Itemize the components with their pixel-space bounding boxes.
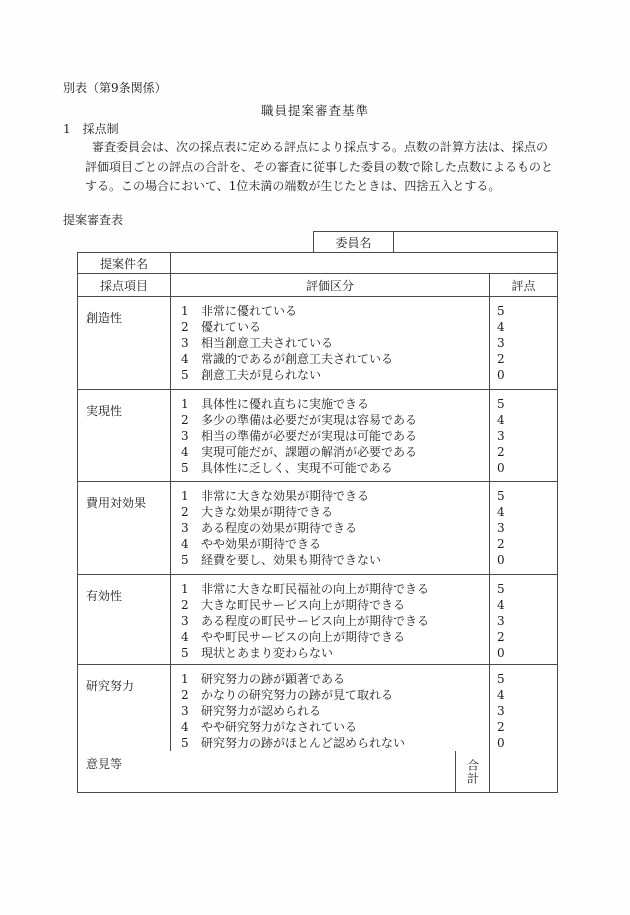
table-label: 提案審査表 bbox=[63, 211, 123, 228]
criteria-line: 1非常に大きな町民福祉の向上が期待できる bbox=[171, 581, 489, 597]
criteria-line: 3相当の準備が必要だが実現は可能である bbox=[171, 428, 489, 444]
score-list: 54320 bbox=[490, 390, 557, 481]
criteria-number: 5 bbox=[181, 552, 201, 568]
criteria-text: かなりの研究努力の跡が見て取れる bbox=[201, 688, 393, 702]
criteria-line: 5経費を要し、効果も期待できない bbox=[171, 552, 489, 568]
criteria-text: 具体性に乏しく、実現不可能である bbox=[201, 461, 393, 475]
total-label-text: 合計 bbox=[467, 759, 479, 785]
criteria-number: 5 bbox=[181, 735, 201, 751]
score-value: 0 bbox=[497, 460, 557, 476]
criteria-row-5: 研究努力1研究努力の跡が顕著である2かなりの研究努力の跡が見て取れる3研究努力が… bbox=[78, 665, 557, 751]
criteria-line: 2多少の準備は必要だが実現は容易である bbox=[171, 412, 489, 428]
criteria-line: 2かなりの研究努力の跡が見て取れる bbox=[171, 687, 489, 703]
criteria-line: 4やや効果が期待できる bbox=[171, 536, 489, 552]
criteria-number: 1 bbox=[181, 581, 201, 597]
criteria-text: 非常に優れている bbox=[201, 304, 297, 318]
criteria-number: 1 bbox=[181, 303, 201, 319]
criteria-number: 4 bbox=[181, 629, 201, 645]
criteria-text: 相当の準備が必要だが実現は可能である bbox=[201, 429, 417, 443]
criteria-row-4: 有効性1非常に大きな町民福祉の向上が期待できる2大きな町民サービス向上が期待でき… bbox=[78, 575, 557, 665]
criteria-line: 4実現可能だが、課題の解消が必要である bbox=[171, 444, 489, 460]
score-value: 5 bbox=[497, 581, 557, 597]
criteria-text: 相当創意工夫されている bbox=[201, 336, 333, 350]
criteria-number: 3 bbox=[181, 520, 201, 536]
score-value: 0 bbox=[497, 735, 557, 751]
criteria-number: 1 bbox=[181, 488, 201, 504]
proposal-title-row: 提案件名 bbox=[78, 253, 557, 274]
criteria-line: 1非常に大きな効果が期待できる bbox=[171, 488, 489, 504]
criteria-text: 現状とあまり変わらない bbox=[201, 646, 333, 660]
score-value: 4 bbox=[497, 319, 557, 335]
criteria-number: 4 bbox=[181, 719, 201, 735]
criteria-number: 2 bbox=[181, 319, 201, 335]
criteria-line: 3ある程度の町民サービス向上が期待できる bbox=[171, 613, 489, 629]
document-page: 別表（第9条関係） 職員提案審査基準 1 採点制 審査委員会は、次の採点表に定め… bbox=[0, 0, 630, 915]
criteria-text: 非常に大きな町民福祉の向上が期待できる bbox=[201, 582, 429, 596]
criteria-text: 多少の準備は必要だが実現は容易である bbox=[201, 413, 417, 427]
section-heading: 1 採点制 bbox=[63, 120, 119, 137]
criteria-number: 3 bbox=[181, 613, 201, 629]
committee-name-field[interactable] bbox=[394, 232, 557, 252]
criteria-row-2: 実現性1具体性に優れ直ちに実施できる2多少の準備は必要だが実現は容易である3相当… bbox=[78, 390, 557, 482]
committee-name-box: 委員名 bbox=[313, 231, 558, 252]
criteria-text: 研究努力の跡が顕著である bbox=[201, 672, 345, 686]
criteria-list: 1研究努力の跡が顕著である2かなりの研究努力の跡が見て取れる3研究努力が認められ… bbox=[171, 665, 490, 751]
score-value: 2 bbox=[497, 351, 557, 367]
criteria-line: 4やや研究努力がなされている bbox=[171, 719, 489, 735]
criteria-text: 大きな効果が期待できる bbox=[201, 505, 333, 519]
score-list: 54320 bbox=[490, 482, 557, 574]
paragraph-line: 審査委員会は、次の採点表に定める評点により採点する。点数の計算方法は、採点の bbox=[85, 138, 575, 158]
document-title: 職員提案審査基準 bbox=[0, 101, 630, 119]
score-value: 4 bbox=[497, 597, 557, 613]
criteria-line: 2優れている bbox=[171, 319, 489, 335]
score-value: 2 bbox=[497, 536, 557, 552]
criteria-text: 非常に大きな効果が期待できる bbox=[201, 489, 369, 503]
criteria-number: 3 bbox=[181, 335, 201, 351]
criteria-text: 実現可能だが、課題の解消が必要である bbox=[201, 445, 417, 459]
criteria-text: やや町民サービスの向上が期待できる bbox=[201, 630, 405, 644]
table-header-row: 採点項目 評価区分 評点 bbox=[78, 274, 557, 297]
criteria-number: 1 bbox=[181, 396, 201, 412]
criteria-row-3: 費用対効果1非常に大きな効果が期待できる2大きな効果が期待できる3ある程度の効果… bbox=[78, 482, 557, 575]
score-value: 3 bbox=[497, 428, 557, 444]
criteria-number: 5 bbox=[181, 367, 201, 383]
criteria-line: 2大きな効果が期待できる bbox=[171, 504, 489, 520]
item-name: 有効性 bbox=[78, 575, 171, 664]
criteria-list: 1非常に大きな効果が期待できる2大きな効果が期待できる3ある程度の効果が期待でき… bbox=[171, 482, 490, 574]
item-name: 費用対効果 bbox=[78, 482, 171, 574]
score-value: 3 bbox=[497, 520, 557, 536]
criteria-number: 2 bbox=[181, 597, 201, 613]
criteria-text: 優れている bbox=[201, 320, 261, 334]
criteria-line: 3ある程度の効果が期待できる bbox=[171, 520, 489, 536]
criteria-text: ある程度の効果が期待できる bbox=[201, 521, 357, 535]
proposal-title-field[interactable] bbox=[171, 253, 557, 273]
criteria-row-1: 創造性1非常に優れている2優れている3相当創意工夫されている4常識的であるが創意… bbox=[78, 297, 557, 390]
total-value-field[interactable] bbox=[490, 751, 557, 792]
criteria-line: 4常識的であるが創意工夫されている bbox=[171, 351, 489, 367]
criteria-line: 4やや町民サービスの向上が期待できる bbox=[171, 629, 489, 645]
column-header-score: 評点 bbox=[490, 274, 557, 296]
item-name: 研究努力 bbox=[78, 665, 171, 751]
criteria-line: 2大きな町民サービス向上が期待できる bbox=[171, 597, 489, 613]
criteria-number: 5 bbox=[181, 645, 201, 661]
criteria-number: 2 bbox=[181, 412, 201, 428]
proposal-title-label: 提案件名 bbox=[78, 253, 171, 273]
score-value: 0 bbox=[497, 367, 557, 383]
criteria-text: 具体性に優れ直ちに実施できる bbox=[201, 397, 369, 411]
score-value: 2 bbox=[497, 444, 557, 460]
criteria-line: 3相当創意工夫されている bbox=[171, 335, 489, 351]
score-list: 54320 bbox=[490, 575, 557, 664]
criteria-number: 3 bbox=[181, 428, 201, 444]
score-value: 4 bbox=[497, 504, 557, 520]
criteria-list: 1具体性に優れ直ちに実施できる2多少の準備は必要だが実現は容易である3相当の準備… bbox=[171, 390, 490, 481]
score-value: 2 bbox=[497, 719, 557, 735]
criteria-text: 経費を要し、効果も期待できない bbox=[201, 553, 381, 567]
criteria-number: 3 bbox=[181, 703, 201, 719]
score-value: 5 bbox=[497, 488, 557, 504]
criteria-number: 4 bbox=[181, 351, 201, 367]
criteria-text: やや効果が期待できる bbox=[201, 537, 321, 551]
paragraph-line: する。この場合において、1位未満の端数が生じたときは、四捨五入とする。 bbox=[85, 177, 575, 197]
criteria-text: 研究努力の跡がほとんど認められない bbox=[201, 736, 405, 750]
paragraph-line: 評価項目ごとの評点の合計を、その審査に従事した委員の数で除した点数によるものと bbox=[85, 158, 575, 178]
criteria-number: 1 bbox=[181, 671, 201, 687]
criteria-number: 4 bbox=[181, 536, 201, 552]
criteria-text: 大きな町民サービス向上が期待できる bbox=[201, 598, 405, 612]
score-value: 2 bbox=[497, 629, 557, 645]
criteria-text: 創意工夫が見られない bbox=[201, 368, 321, 382]
column-header-item: 採点項目 bbox=[78, 274, 171, 296]
item-name: 実現性 bbox=[78, 390, 171, 481]
appendix-note: 別表（第9条関係） bbox=[63, 79, 167, 96]
criteria-list: 1非常に優れている2優れている3相当創意工夫されている4常識的であるが創意工夫さ… bbox=[171, 297, 490, 389]
committee-name-label: 委員名 bbox=[314, 232, 394, 252]
total-label: 合計 bbox=[456, 751, 490, 792]
item-name: 創造性 bbox=[78, 297, 171, 389]
criteria-number: 2 bbox=[181, 504, 201, 520]
score-value: 0 bbox=[497, 645, 557, 661]
score-value: 5 bbox=[497, 303, 557, 319]
column-header-category: 評価区分 bbox=[171, 274, 490, 296]
body-paragraph: 審査委員会は、次の採点表に定める評点により採点する。点数の計算方法は、採点の 評… bbox=[85, 138, 575, 197]
score-value: 5 bbox=[497, 396, 557, 412]
score-value: 5 bbox=[497, 671, 557, 687]
score-list: 54320 bbox=[490, 665, 557, 751]
score-list: 54320 bbox=[490, 297, 557, 389]
score-value: 0 bbox=[497, 552, 557, 568]
review-table: 提案件名 採点項目 評価区分 評点 創造性1非常に優れている2優れている3相当創… bbox=[77, 252, 558, 793]
criteria-line: 3研究努力が認められる bbox=[171, 703, 489, 719]
score-value: 3 bbox=[497, 613, 557, 629]
criteria-line: 5研究努力の跡がほとんど認められない bbox=[171, 735, 489, 751]
criteria-text: やや研究努力がなされている bbox=[201, 720, 357, 734]
criteria-line: 1研究努力の跡が顕著である bbox=[171, 671, 489, 687]
score-value: 4 bbox=[497, 687, 557, 703]
criteria-text: ある程度の町民サービス向上が期待できる bbox=[201, 614, 429, 628]
criteria-line: 1非常に優れている bbox=[171, 303, 489, 319]
criteria-line: 5現状とあまり変わらない bbox=[171, 645, 489, 661]
opinion-field[interactable]: 意見等 bbox=[78, 751, 456, 792]
criteria-number: 4 bbox=[181, 444, 201, 460]
score-value: 4 bbox=[497, 412, 557, 428]
criteria-line: 1具体性に優れ直ちに実施できる bbox=[171, 396, 489, 412]
criteria-text: 常識的であるが創意工夫されている bbox=[201, 352, 393, 366]
criteria-list: 1非常に大きな町民福祉の向上が期待できる2大きな町民サービス向上が期待できる3あ… bbox=[171, 575, 490, 664]
opinion-total-row: 意見等 合計 bbox=[78, 751, 557, 792]
score-value: 3 bbox=[497, 335, 557, 351]
criteria-number: 5 bbox=[181, 460, 201, 476]
criteria-line: 5創意工夫が見られない bbox=[171, 367, 489, 383]
criteria-text: 研究努力が認められる bbox=[201, 704, 321, 718]
score-value: 3 bbox=[497, 703, 557, 719]
criteria-number: 2 bbox=[181, 687, 201, 703]
criteria-line: 5具体性に乏しく、実現不可能である bbox=[171, 460, 489, 476]
